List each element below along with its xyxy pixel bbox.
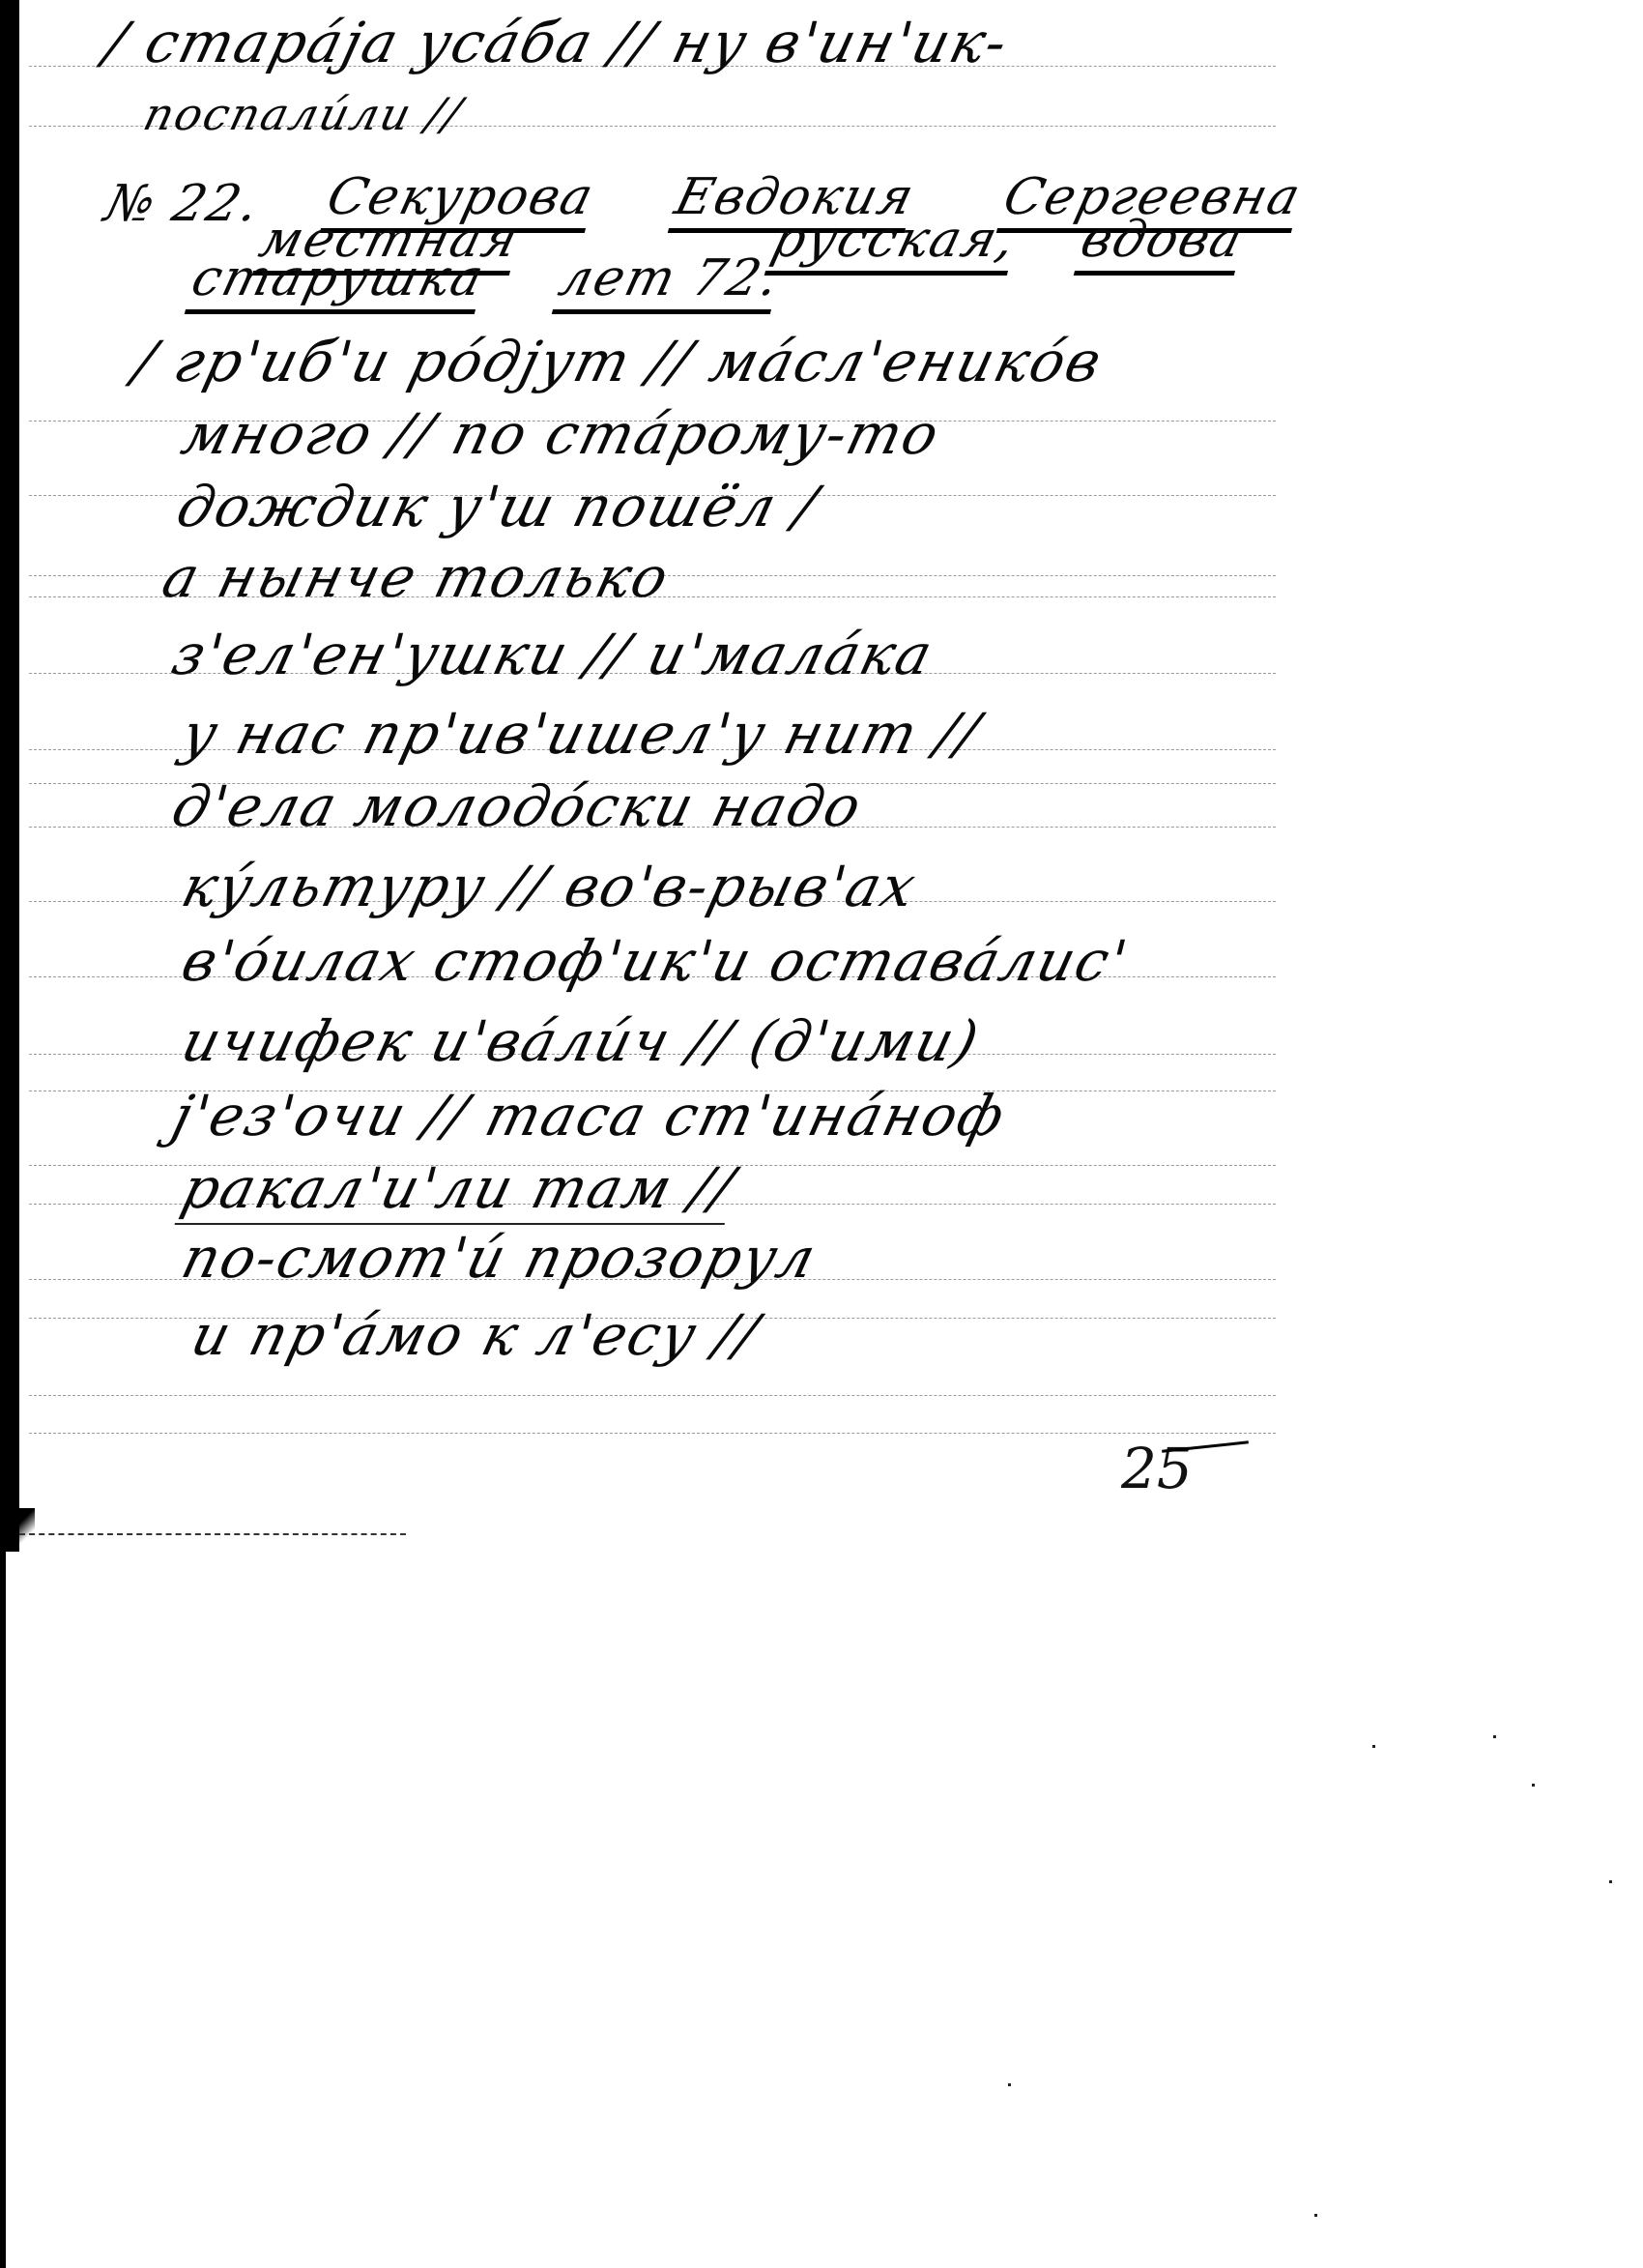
handwritten-line: з'ел'ен'ушки // и'мала́ка: [167, 626, 939, 683]
handwritten-line: и пр'а́мо к л'есу //: [187, 1307, 765, 1363]
scan-speck: [1609, 1880, 1612, 1883]
informant-nationality: русская,: [767, 215, 1023, 265]
handwritten-line: д'ела молодо́ски надо: [167, 778, 868, 834]
informant-description: старушка: [187, 253, 490, 304]
handwritten-line: / гр'иб'и ро́дјут // ма́сл'енико́в: [129, 334, 1109, 390]
handwritten-line: в'о́илах стоф'ик'и остава́лис': [177, 933, 1135, 989]
scan-page-corner: [6, 1508, 35, 1552]
handwritten-line: ичифек и'ва́ли́ч // (д'ими): [177, 1013, 986, 1069]
handwritten-line: много // по ста́рому-то: [177, 406, 946, 462]
scan-speck: [1372, 1745, 1375, 1748]
informant-marital-status-text: вдова: [1074, 211, 1251, 276]
handwritten-line: у нас пр'ив'ишел'у нит //: [177, 706, 986, 762]
handwritten-line: ракал'и'ли там //: [177, 1160, 740, 1216]
ruled-line: [29, 1395, 1276, 1396]
informant-age-text: лет 72.: [552, 249, 787, 314]
informant-age: лет 72.: [555, 253, 786, 304]
informant-marital-status: вдова: [1077, 215, 1250, 265]
informant-nationality-text: русская,: [764, 211, 1023, 276]
entry-number: № 22.: [101, 179, 266, 229]
handwritten-line: а нынче только: [158, 549, 676, 605]
page-number: 25: [1121, 1436, 1193, 1501]
scan-speck: [1314, 2214, 1317, 2217]
handwritten-line: ј'ез'очи // таса ст'ина́ноф: [167, 1088, 1012, 1144]
handwritten-line: по-смот'и́ прозорул: [177, 1230, 822, 1286]
page-bottom-edge: [19, 1533, 406, 1535]
scan-speck: [1532, 1784, 1535, 1787]
handwritten-line: / стара́ја уса́ба // ну в'ин'ик-: [100, 15, 1015, 71]
underlined-word: ракал'и'ли там //: [175, 1155, 742, 1225]
handwritten-line: дождик у'ш пошёл /: [172, 479, 824, 535]
handwritten-line: ку́льтуру // во'в-рыв'ах: [177, 858, 923, 915]
informant-description-text: старушка: [185, 249, 491, 314]
ruled-line: [29, 1433, 1276, 1434]
handwritten-line: поспали́ли //: [139, 92, 467, 136]
scan-black-edge-lower: [0, 1552, 6, 2268]
scan-black-edge: [0, 0, 19, 1552]
scan-speck: [1493, 1735, 1496, 1738]
scan-speck: [1008, 2083, 1011, 2086]
